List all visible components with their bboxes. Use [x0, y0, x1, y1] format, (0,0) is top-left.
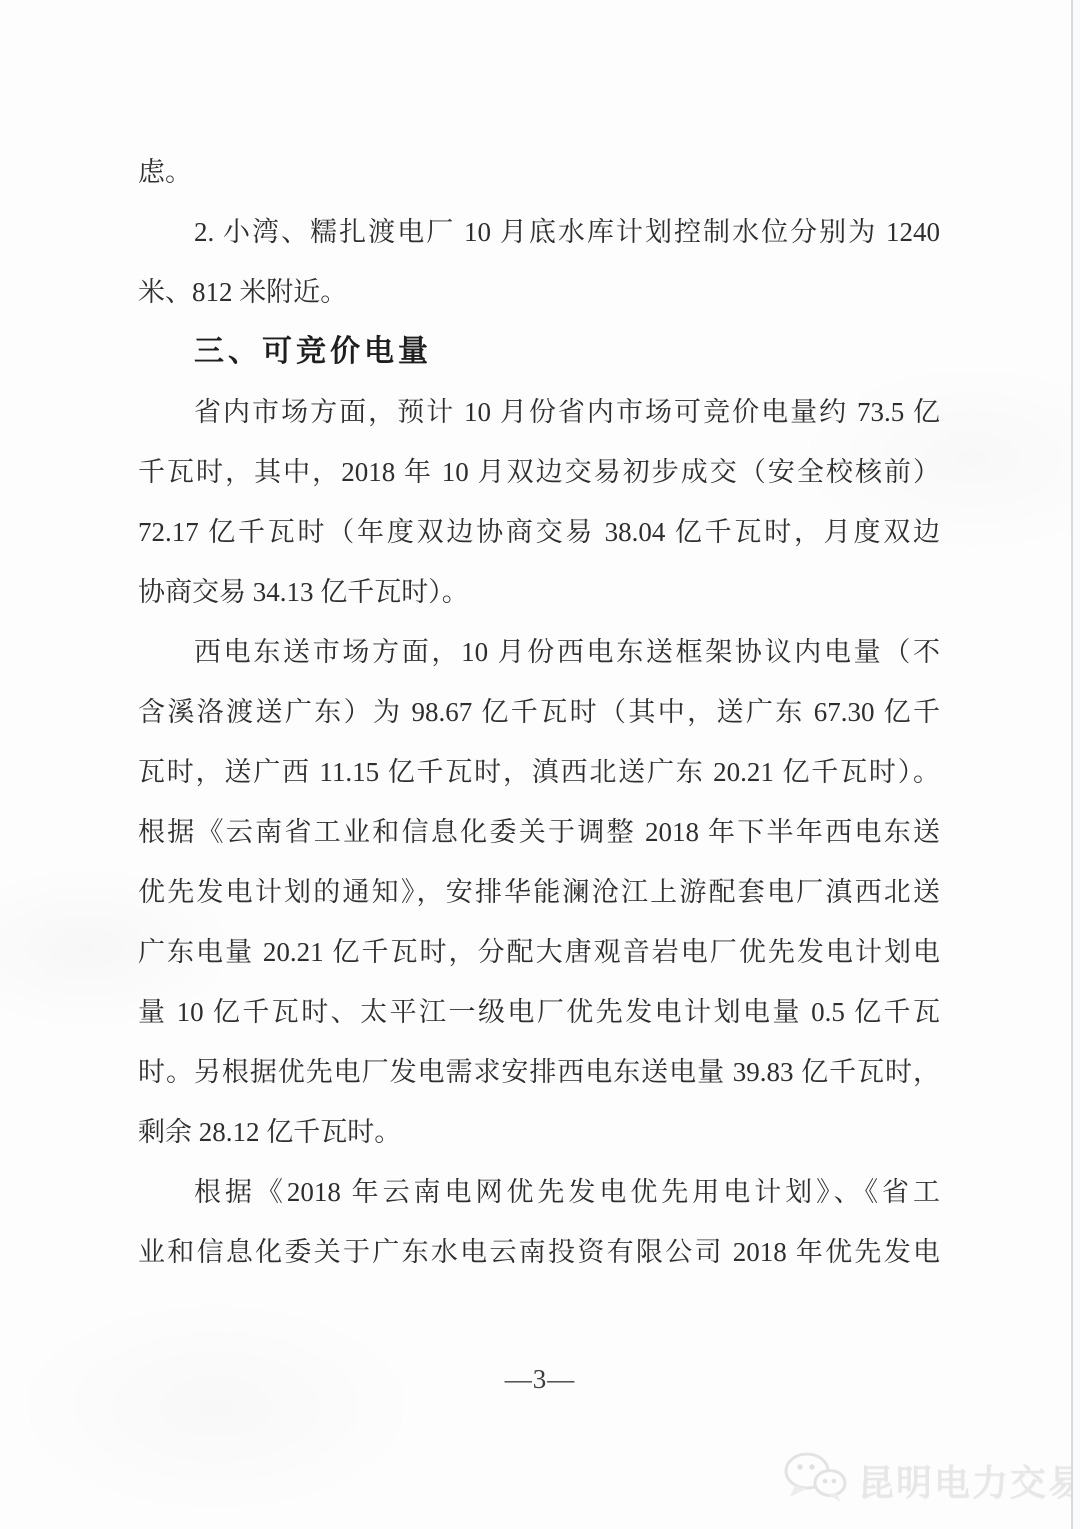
scan-edge-margin [1073, 0, 1080, 1529]
text-line: 千瓦时，其中，2018 年 10 月双边交易初步成交（安全校核前） [138, 442, 940, 502]
wechat-icon [782, 1450, 848, 1511]
text-line: 虑。 [138, 142, 940, 202]
text-line: 业和信息化委关于广东水电云南投资有限公司 2018 年优先发电 [138, 1222, 940, 1282]
text-line: 广东电量 20.21 亿千瓦时，分配大唐观音岩电厂优先发电计划电 [138, 922, 940, 982]
text-line: 量 10 亿千瓦时、太平江一级电厂优先发电计划电量 0.5 亿千瓦 [138, 982, 940, 1042]
scan-edge-line [1071, 0, 1073, 1529]
watermark: 昆明电力交易中心 [782, 1450, 1080, 1511]
text-line: 剩余 28.12 亿千瓦时。 [138, 1102, 940, 1162]
text-line: 含溪洛渡送广东）为 98.67 亿千瓦时（其中，送广东 67.30 亿千 [138, 682, 940, 742]
text-line: 瓦时，送广西 11.15 亿千瓦时，滇西北送广东 20.21 亿千瓦时）。 [138, 742, 940, 802]
watermark-label: 昆明电力交易中心 [858, 1455, 1080, 1506]
text-line: 72.17 亿千瓦时（年度双边协商交易 38.04 亿千瓦时，月度双边 [138, 502, 940, 562]
text-line: 米、812 米附近。 [138, 262, 940, 322]
text-line: 省内市场方面，预计 10 月份省内市场可竞价电量约 73.5 亿 [138, 382, 940, 442]
text-line: 根据《2018 年云南电网优先发电优先用电计划》、《省工 [138, 1162, 940, 1222]
section-heading: 三、可竞价电量 [138, 322, 940, 382]
text-line: 2. 小湾、糯扎渡电厂 10 月底水库计划控制水位分别为 1240 [138, 202, 940, 262]
page-number: —3— [0, 1364, 1080, 1395]
text-line: 西电东送市场方面，10 月份西电东送框架协议内电量（不 [138, 622, 940, 682]
text-line: 时。另根据优先电厂发电需求安排西电东送电量 39.83 亿千瓦时， [138, 1042, 940, 1102]
document-page: 虑。 2. 小湾、糯扎渡电厂 10 月底水库计划控制水位分别为 1240 米、8… [0, 0, 1080, 1529]
document-body: 虑。 2. 小湾、糯扎渡电厂 10 月底水库计划控制水位分别为 1240 米、8… [138, 142, 940, 1282]
text-line: 根据《云南省工业和信息化委关于调整 2018 年下半年西电东送 [138, 802, 940, 862]
text-line: 协商交易 34.13 亿千瓦时）。 [138, 562, 940, 622]
text-line: 优先发电计划的通知》，安排华能澜沧江上游配套电厂滇西北送 [138, 862, 940, 922]
